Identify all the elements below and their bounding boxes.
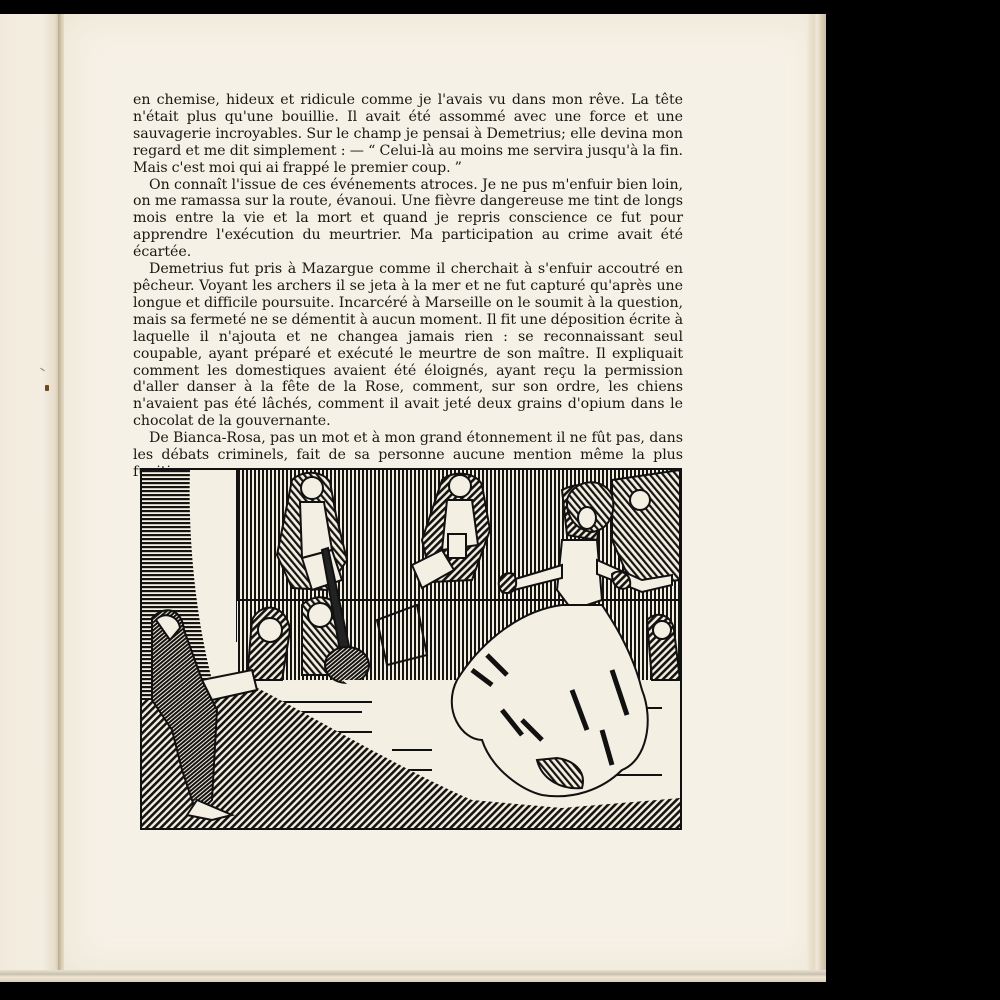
paragraph: On connaît l'issue de ces événements atr… [133, 177, 683, 262]
scanned-book-spread: en chemise, hideux et ridicule comme je … [0, 0, 1000, 1000]
bottom-page-edge [0, 970, 826, 982]
woodcut-image-icon [142, 470, 680, 828]
right-page-edge [806, 14, 826, 976]
paragraph: en chemise, hideux et ridicule comme je … [133, 92, 683, 177]
body-text: en chemise, hideux et ridicule comme je … [133, 92, 683, 481]
paragraph: Demetrius fut pris à Mazargue comme il c… [133, 261, 683, 430]
paper-foxing-spot [45, 385, 49, 391]
woodcut-illustration [140, 468, 682, 830]
left-page-edge [0, 14, 60, 979]
